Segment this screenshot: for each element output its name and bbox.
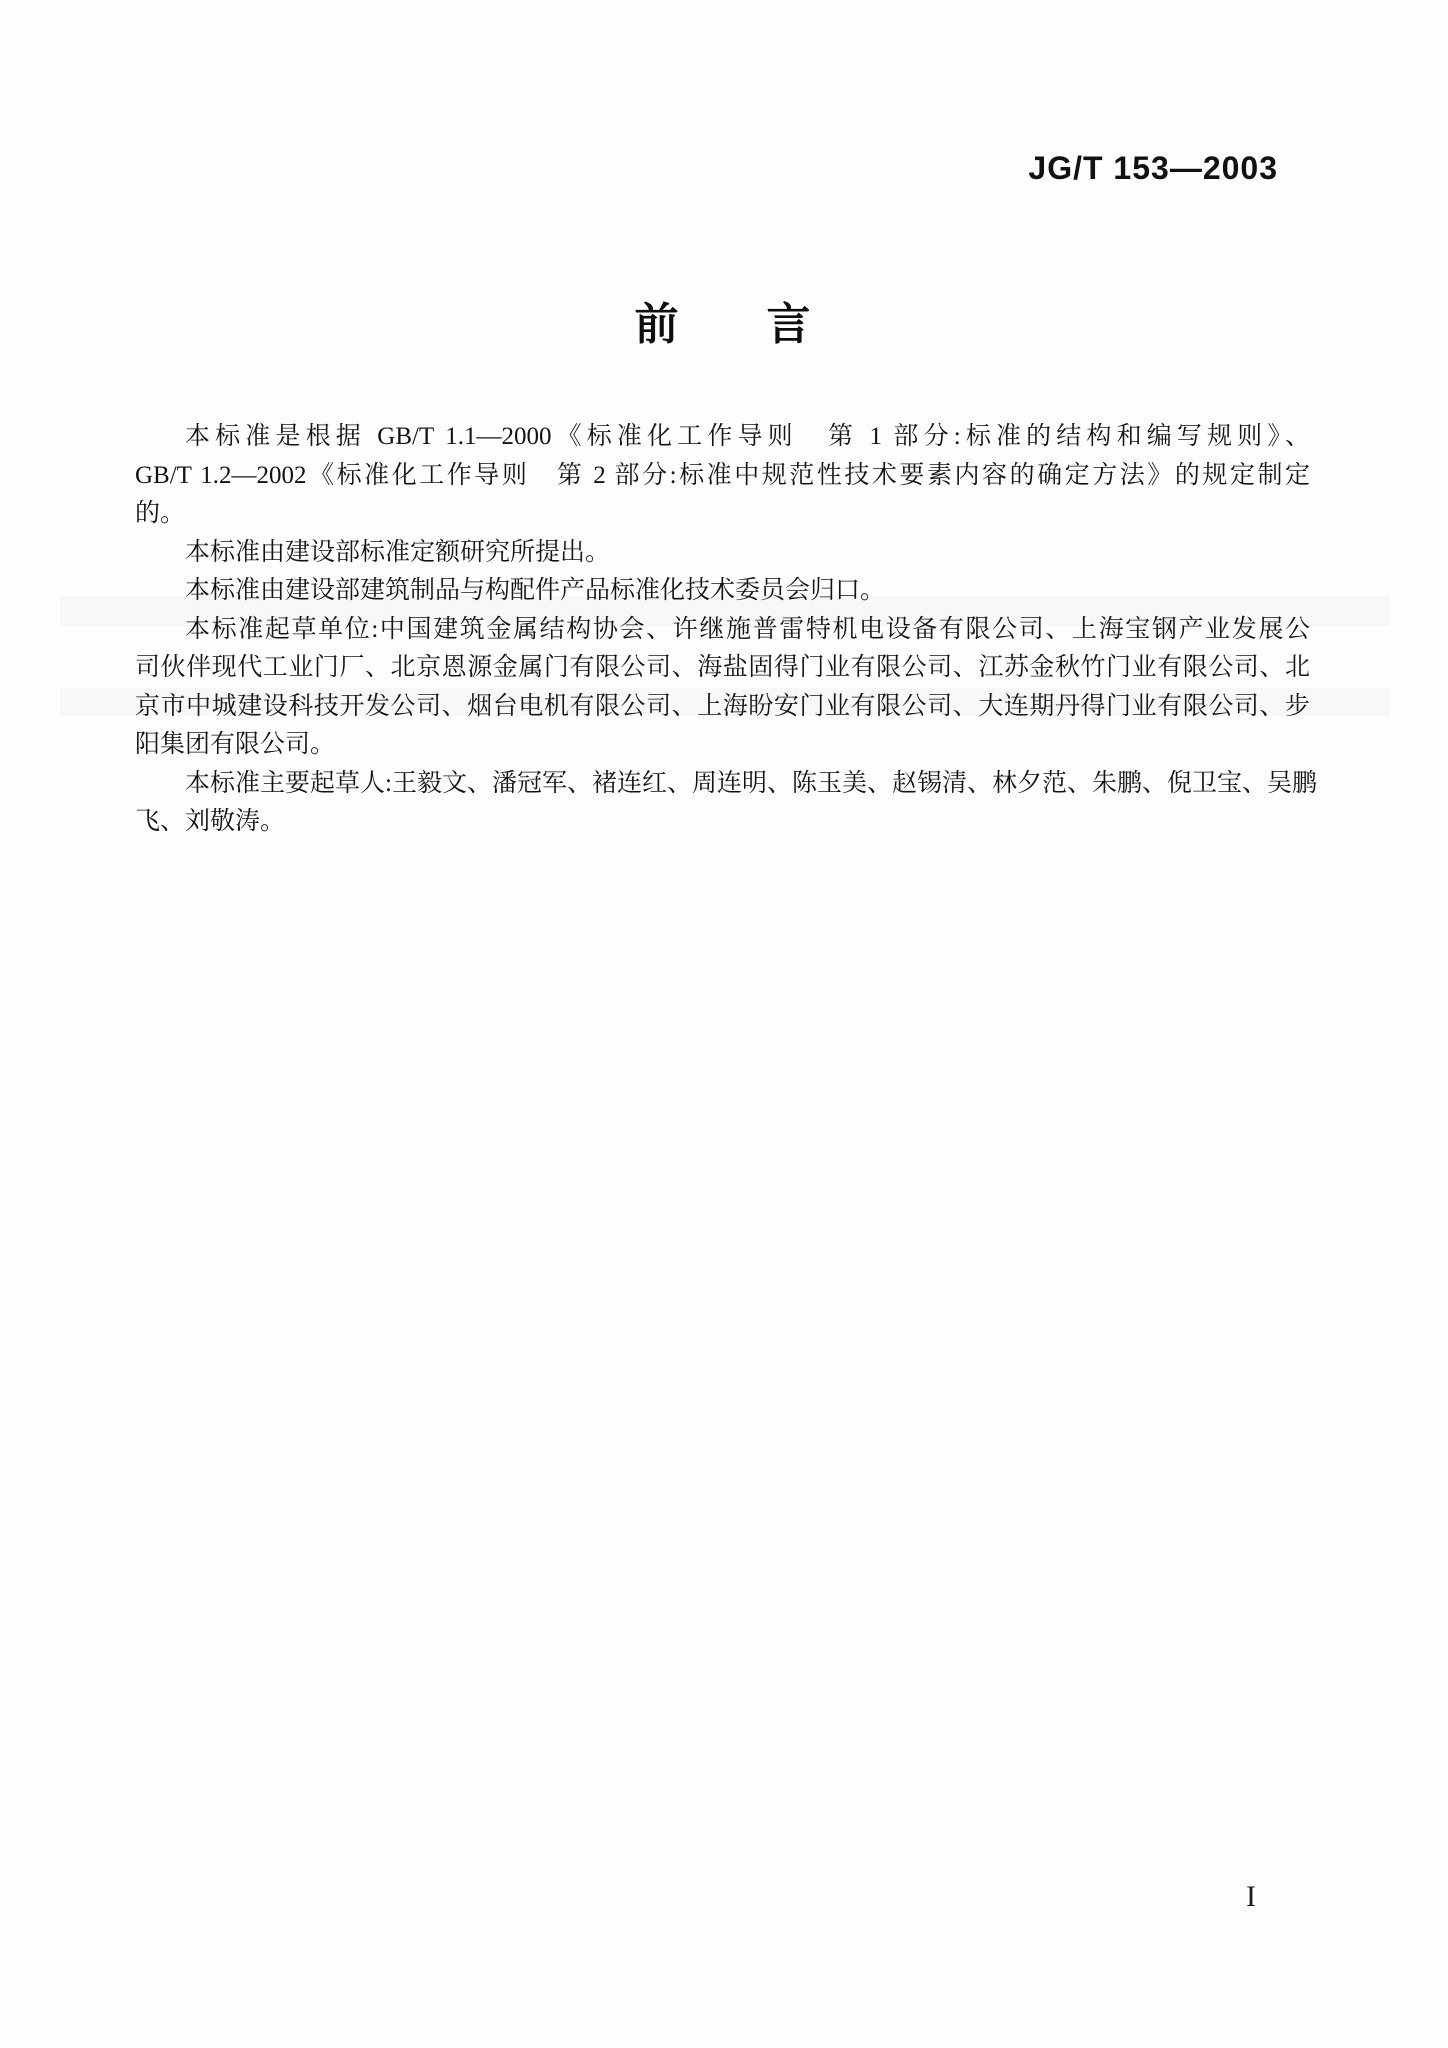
document-page: JG/T 153—2003 前 言 本标准是根据 GB/T 1.1—2000《标…: [0, 0, 1448, 2048]
paragraph: 本标准是根据 GB/T 1.1—2000《标准化工作导则 第 1 部分:标准的结…: [135, 418, 1310, 534]
text-line: 的。: [135, 495, 1310, 534]
text-line: 本标准由建设部标准定额研究所提出。: [135, 534, 1310, 573]
text-line: 本标准主要起草人:王毅文、潘冠军、褚连红、周连明、陈玉美、赵锡清、林夕范、朱鹏、…: [135, 765, 1310, 804]
text-line: 本标准由建设部建筑制品与构配件产品标准化技术委员会归口。: [135, 572, 1310, 611]
page-number: I: [1246, 1880, 1256, 1914]
paragraph: 本标准起草单位:中国建筑金属结构协会、许继施普雷特机电设备有限公司、上海宝钢产业…: [135, 611, 1310, 765]
text-line: 京市中城建设科技开发公司、烟台电机有限公司、上海盼安门业有限公司、大连期丹得门业…: [135, 688, 1310, 727]
text-line: 阳集团有限公司。: [135, 726, 1310, 765]
text-line: 本标准起草单位:中国建筑金属结构协会、许继施普雷特机电设备有限公司、上海宝钢产业…: [135, 611, 1310, 650]
text-line: 司伙伴现代工业门厂、北京恩源金属门有限公司、海盐固得门业有限公司、江苏金秋竹门业…: [135, 649, 1310, 688]
paragraph: 本标准由建设部标准定额研究所提出。: [135, 534, 1310, 573]
page-title: 前 言: [135, 288, 1310, 352]
text-line: 飞、刘敬涛。: [135, 803, 1310, 842]
text-line: 本标准是根据 GB/T 1.1—2000《标准化工作导则 第 1 部分:标准的结…: [135, 418, 1310, 457]
paragraph: 本标准主要起草人:王毅文、潘冠军、褚连红、周连明、陈玉美、赵锡清、林夕范、朱鹏、…: [135, 765, 1310, 842]
standard-code: JG/T 153—2003: [0, 150, 1278, 187]
text-line: GB/T 1.2—2002《标准化工作导则 第 2 部分:标准中规范性技术要素内…: [135, 457, 1310, 496]
foreword-body: 本标准是根据 GB/T 1.1—2000《标准化工作导则 第 1 部分:标准的结…: [135, 418, 1310, 842]
paragraph: 本标准由建设部建筑制品与构配件产品标准化技术委员会归口。: [135, 572, 1310, 611]
